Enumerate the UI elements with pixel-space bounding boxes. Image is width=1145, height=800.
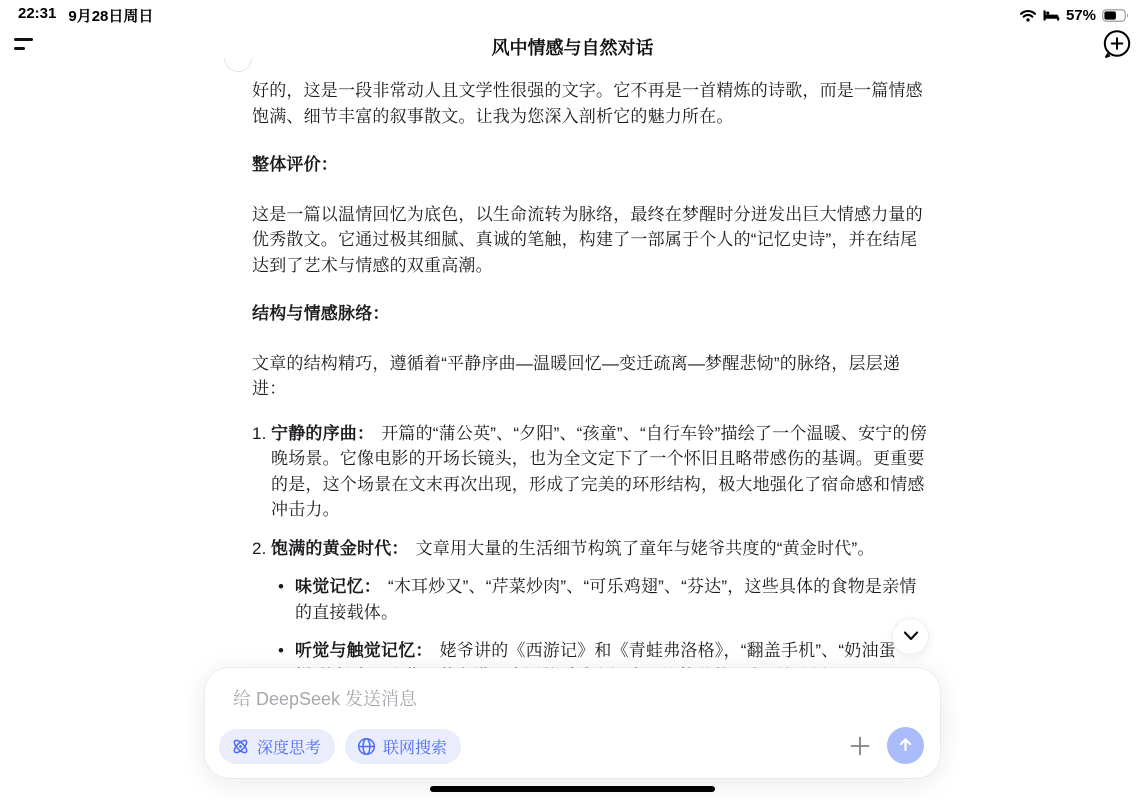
- list-item-text: 文章用大量的生活细节构筑了童年与姥爷共度的“黄金时代”。: [416, 539, 875, 558]
- message-composer: 深度思考 联网搜索: [205, 668, 940, 778]
- bullet-marker: •: [278, 574, 295, 625]
- list-item-number: 2.: [252, 536, 271, 690]
- deep-think-label: 深度思考: [257, 735, 321, 758]
- page-title: 风中情感与自然对话: [0, 34, 1145, 60]
- bullet-label: 味觉记忆：: [295, 577, 381, 596]
- globe-search-icon: [357, 737, 376, 756]
- overall-paragraph: 这是一篇以温情回忆为底色，以生命流转为脉络，最终在梦醒时分迸发出巨大情感力量的优…: [252, 202, 930, 279]
- list-item: 1. 宁静的序曲：开篇的“蒲公英”、“夕阳”、“孩童”、“自行车铃”描绘了一个温…: [252, 421, 930, 523]
- assistant-message: 好的，这是一段非常动人且文学性很强的文字。它不再是一首精炼的诗歌，而是一篇情感饱…: [252, 66, 930, 741]
- deep-think-toggle[interactable]: 深度思考: [219, 729, 335, 764]
- message-input[interactable]: [233, 684, 853, 714]
- status-time: 22:31: [18, 5, 56, 26]
- chevron-down-icon: [903, 628, 919, 646]
- new-chat-icon[interactable]: [1101, 28, 1133, 60]
- sleep-focus-bed-icon: [1043, 9, 1060, 22]
- chat-header: 风中情感与自然对话: [0, 24, 1145, 68]
- arrow-up-send-icon: [897, 736, 914, 756]
- status-date: 9月28日周日: [68, 5, 153, 26]
- send-button[interactable]: [887, 727, 924, 764]
- list-item: 2. 饱满的黄金时代：文章用大量的生活细节构筑了童年与姥爷共度的“黄金时代”。 …: [252, 536, 930, 690]
- section-heading-structure: 结构与情感脉络：: [252, 301, 930, 327]
- battery-percent: 57%: [1066, 7, 1096, 24]
- battery-icon: [1102, 9, 1129, 22]
- list-item-label: 饱满的黄金时代：: [271, 539, 409, 558]
- web-search-toggle[interactable]: 联网搜索: [345, 729, 461, 764]
- bullet-label: 听觉与触觉记忆：: [295, 641, 433, 660]
- deepseek-app-screen: 22:31 9月28日周日 57%: [0, 0, 1145, 800]
- atom-deepthink-icon: [231, 737, 250, 756]
- sub-bullet: • 味觉记忆：“木耳炒又”、“芹菜炒肉”、“可乐鸡翅”、“芬达”，这些具体的食物…: [271, 574, 930, 625]
- bullet-text: “木耳炒又”、“芹菜炒肉”、“可乐鸡翅”、“芬达”，这些具体的食物是亲情的直接载…: [295, 577, 917, 622]
- status-time-date: 22:31 9月28日周日: [18, 5, 153, 26]
- web-search-label: 联网搜索: [383, 735, 447, 758]
- section-heading-overall: 整体评价：: [252, 152, 930, 178]
- ios-status-bar: 22:31 9月28日周日 57%: [0, 0, 1145, 24]
- plus-attach-icon[interactable]: [848, 734, 872, 758]
- wifi-icon: [1019, 9, 1037, 22]
- status-icons: 57%: [1019, 7, 1129, 24]
- intro-paragraph: 好的，这是一段非常动人且文学性很强的文字。它不再是一首精炼的诗歌，而是一篇情感饱…: [252, 78, 930, 129]
- composer-actions: [848, 727, 924, 764]
- structure-paragraph: 文章的结构精巧，遵循着“平静序曲—温暖回忆—变迁疏离—梦醒悲恸”的脉络，层层递进…: [252, 351, 930, 402]
- home-indicator[interactable]: [430, 786, 715, 792]
- composer-toggles: 深度思考 联网搜索: [219, 729, 461, 764]
- scroll-to-bottom-button[interactable]: [892, 618, 929, 655]
- list-item-label: 宁静的序曲：: [271, 424, 374, 443]
- list-item-number: 1.: [252, 421, 271, 523]
